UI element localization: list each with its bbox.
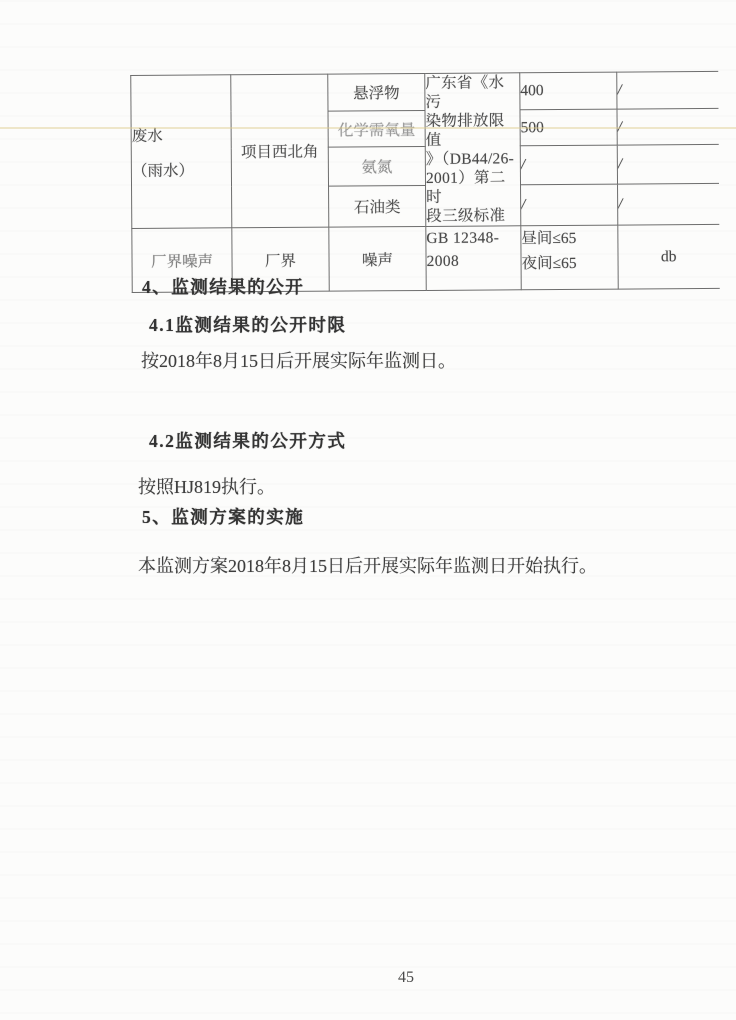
- cell-wastewater-category: 废水 （雨水）: [131, 75, 232, 229]
- cell-noise-limit: 昼间≤65 夜间≤65: [521, 225, 618, 290]
- section-5-body: 本监测方案2018年8月15日后开展实际年监测日开始执行。: [138, 552, 597, 578]
- wastewater-label-line2: （雨水）: [132, 158, 231, 181]
- section-5-heading: 5、监测方案的实施: [142, 504, 304, 529]
- monitoring-table: 废水 （雨水） 项目西北角 悬浮物 广东省《水污 染物排放限值 》（DB44/2…: [130, 71, 719, 293]
- table-row: 废水 （雨水） 项目西北角 悬浮物 广东省《水污 染物排放限值 》（DB44/2…: [131, 71, 718, 112]
- cell-limit-ss: 400: [520, 72, 617, 109]
- cell-wastewater-standard: 广东省《水污 染物排放限值 》（DB44/26- 2001）第二时 段三级标准: [425, 73, 521, 227]
- noise-limit-day: 昼间≤65: [521, 226, 617, 252]
- standard-line: 2001）第二时: [426, 168, 520, 207]
- cell-noise-item: 噪声: [329, 226, 426, 291]
- section-4-2-body: 按照HJ819执行。: [138, 473, 275, 499]
- cell-unit-cod: /: [617, 108, 718, 145]
- noise-limit-night: 夜间≤65: [521, 251, 617, 277]
- section-4-heading: 4、监测结果的公开: [142, 274, 304, 299]
- standard-line: 染物排放限值: [426, 111, 520, 150]
- section-4-1-heading: 4.1监测结果的公开时限: [149, 312, 346, 337]
- cell-unit-petroleum: /: [618, 183, 719, 225]
- document-page: 废水 （雨水） 项目西北角 悬浮物 广东省《水污 染物排放限值 》（DB44/2…: [0, 0, 736, 1020]
- cell-noise-standard: GB 12348- 2008: [426, 226, 521, 291]
- noise-standard-line2: 2008: [426, 249, 520, 273]
- wastewater-label-line1: 废水: [132, 123, 231, 146]
- cell-pollutant-nh3n: 氨氮: [328, 147, 425, 186]
- cell-limit-petroleum: /: [521, 184, 618, 226]
- cell-unit-ss: /: [617, 71, 718, 108]
- section-4-1-body: 按2018年8月15日后开展实际年监测日。: [141, 347, 456, 373]
- section-4-2-heading: 4.2监测结果的公开方式: [149, 428, 346, 453]
- cell-limit-nh3n: /: [520, 146, 617, 185]
- cell-limit-cod: 500: [520, 109, 617, 146]
- cell-noise-unit: db: [618, 224, 719, 289]
- standard-line: 》（DB44/26-: [426, 149, 520, 169]
- noise-standard-line1: GB 12348-: [426, 226, 520, 250]
- page-number: 45: [398, 969, 414, 987]
- monitoring-table-wrap: 废水 （雨水） 项目西北角 悬浮物 广东省《水污 染物排放限值 》（DB44/2…: [130, 71, 719, 293]
- cell-monitoring-location: 项目西北角: [231, 74, 329, 228]
- standard-line: 广东省《水污: [425, 73, 519, 112]
- standard-line: 段三级标准: [426, 206, 520, 226]
- cell-pollutant-petroleum: 石油类: [329, 185, 426, 227]
- cell-pollutant-cod: 化学需氧量: [328, 110, 425, 147]
- cell-pollutant-ss: 悬浮物: [328, 73, 425, 110]
- cell-unit-nh3n: /: [617, 145, 718, 184]
